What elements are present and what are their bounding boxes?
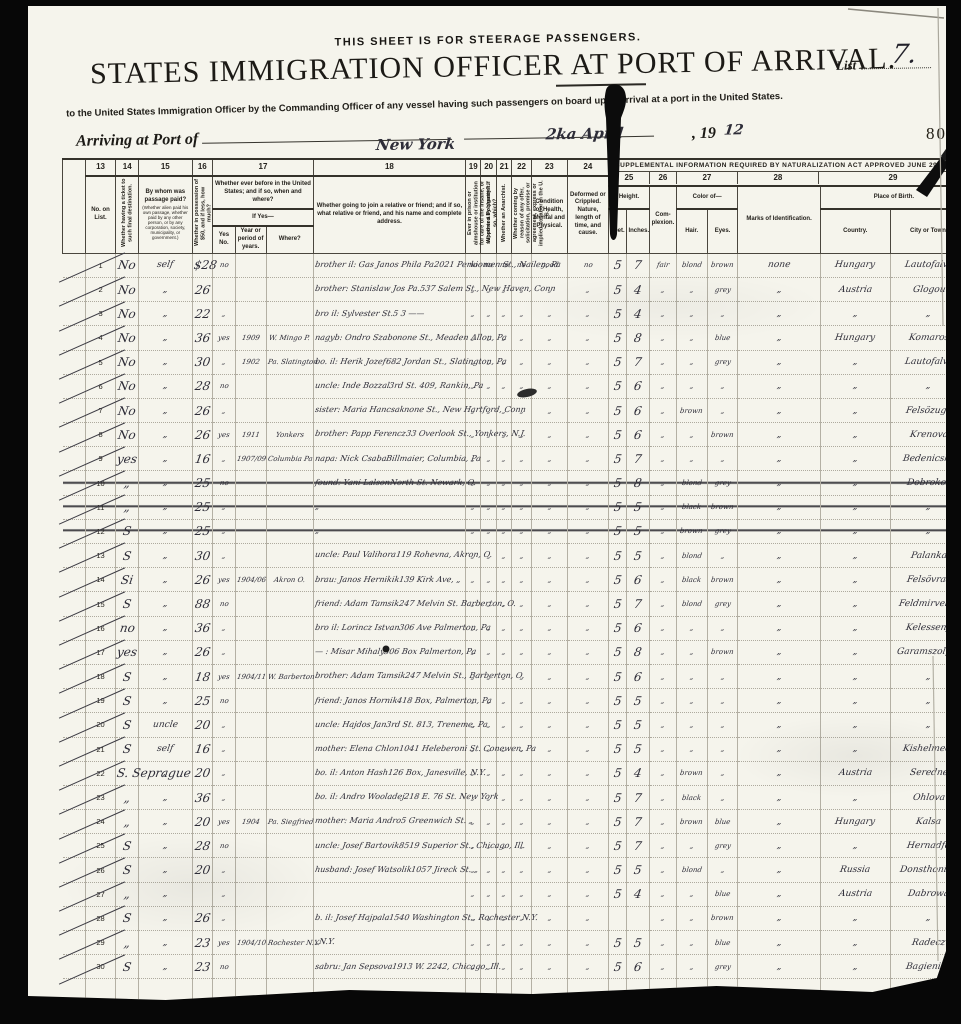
cell-anarchist: „ bbox=[496, 664, 511, 688]
cell-hair: blond bbox=[676, 544, 707, 568]
row-edge-cell bbox=[63, 979, 86, 1003]
cell-ever-us-where bbox=[266, 253, 313, 277]
cell-marks: „ bbox=[738, 423, 820, 447]
cell-height-feet: 5 bbox=[608, 568, 627, 592]
cell-health: „ bbox=[531, 761, 567, 785]
cell-contract-labor: „ bbox=[512, 955, 532, 979]
cell-polygamist: „ bbox=[481, 302, 496, 326]
cell-height-inches: 6 bbox=[627, 568, 650, 592]
cell-passage-paid: uncle bbox=[139, 713, 192, 737]
cell-polygamist: „ bbox=[481, 616, 496, 640]
cell-deformed bbox=[567, 979, 608, 1003]
cell-money: $28 bbox=[192, 253, 213, 277]
cell-marks: „ bbox=[738, 882, 820, 906]
cell-eyes: brown bbox=[707, 906, 738, 930]
cell-health: „ bbox=[531, 955, 567, 979]
cell-health: „ bbox=[531, 834, 567, 858]
cell-anarchist: „ bbox=[496, 398, 511, 422]
manifest-row: 7No„26„sister: Maria Hancsaknone St., Ne… bbox=[63, 398, 961, 422]
list-number-handwritten: 7. bbox=[889, 39, 919, 70]
manifest-row: 8No„26yes1911Yonkersbrother: Papp Ferenc… bbox=[63, 423, 961, 447]
cell-marks: „ bbox=[738, 834, 820, 858]
cell-contract-labor: „ bbox=[512, 906, 532, 930]
cell-height-feet: 5 bbox=[608, 277, 627, 301]
cell-eyes: grey bbox=[707, 471, 738, 495]
cell-ticket: „ bbox=[116, 495, 139, 519]
cell-prison: „ bbox=[466, 495, 481, 519]
cell-prison: „ bbox=[466, 616, 481, 640]
cell-passage-paid: „ bbox=[139, 834, 192, 858]
cell-height-feet: 5 bbox=[608, 664, 627, 688]
cell-passage-paid: „ bbox=[139, 689, 192, 713]
cell-ever-us-year: 1904/11 bbox=[235, 664, 266, 688]
cell-ever-us-where bbox=[266, 374, 313, 398]
manifest-row: 19S„25nofriend: Janos Hornik418 Box, Pal… bbox=[63, 689, 961, 713]
cell-birth-country: „ bbox=[820, 592, 890, 616]
cell-birth-city: Felsövrad bbox=[890, 568, 961, 592]
cell-height-inches: 4 bbox=[627, 302, 650, 326]
cell-birth-city: Bagienica bbox=[890, 955, 961, 979]
cell-ever-us-yesno: „ bbox=[213, 495, 236, 519]
row-number: 1 bbox=[85, 253, 116, 277]
cell-money: 36 bbox=[192, 785, 213, 809]
cell-ever-us-year bbox=[235, 834, 266, 858]
row-number: 22 bbox=[85, 761, 116, 785]
cell-ever-us-yesno: „ bbox=[213, 519, 236, 543]
cell-eyes: „ bbox=[707, 374, 738, 398]
cell-ticket: No bbox=[116, 253, 139, 277]
cell-relative-address: found: Yani LalsonNorth St. Newark, O. bbox=[313, 471, 465, 495]
cell-ever-us-where: W. Mingo P. bbox=[266, 326, 313, 350]
cell-ever-us-year bbox=[235, 640, 266, 664]
cell-ticket: „ bbox=[116, 785, 139, 809]
cell-marks bbox=[738, 979, 820, 1003]
cell-hair: „ bbox=[676, 689, 707, 713]
cell-prison: „ bbox=[466, 737, 481, 761]
cell-marks: „ bbox=[738, 302, 820, 326]
cell-polygamist: „ bbox=[481, 326, 496, 350]
binding-edge-column bbox=[63, 159, 86, 253]
banner-rule bbox=[556, 83, 646, 87]
cell-ever-us-year bbox=[235, 277, 266, 301]
cell-ever-us-yesno: no bbox=[213, 592, 236, 616]
cell-anarchist: „ bbox=[496, 616, 511, 640]
cell-birth-city: Ohlova bbox=[890, 785, 961, 809]
cell-passage-paid: „ bbox=[139, 350, 192, 374]
cell-passage-paid: „ bbox=[139, 810, 192, 834]
cell-ever-us-year: 1904 bbox=[235, 810, 266, 834]
cell-prison: „ bbox=[466, 447, 481, 471]
cell-money: 25 bbox=[192, 471, 213, 495]
cell-height-feet: 5 bbox=[608, 931, 627, 955]
cell-marks: „ bbox=[738, 447, 820, 471]
cell-complexion: „ bbox=[650, 785, 677, 809]
header-year: Year or period of years. bbox=[235, 226, 266, 253]
cell-height-feet: 5 bbox=[608, 737, 627, 761]
colnum-14: 14 bbox=[116, 159, 139, 176]
cell-height-feet: 5 bbox=[608, 761, 627, 785]
header-place-of-birth: Place of Birth. bbox=[820, 186, 961, 209]
cell-health: „ bbox=[531, 785, 567, 809]
cell-prison: „ bbox=[466, 761, 481, 785]
row-number: 13 bbox=[85, 544, 116, 568]
cell-eyes: grey bbox=[707, 592, 738, 616]
manifest-row: 23„„36„bo. il: Andro Wooladej218 E. 76 S… bbox=[63, 785, 961, 809]
cell-contract-labor: „ bbox=[512, 592, 532, 616]
cell-ever-us-yesno: „ bbox=[213, 737, 236, 761]
row-number: 16 bbox=[85, 616, 116, 640]
cell-polygamist: „ bbox=[481, 664, 496, 688]
cell-relative-address: brother il: Gas Janos Phila Pa2021 Perki… bbox=[313, 253, 465, 277]
cell-polygamist: no bbox=[481, 253, 496, 277]
cell-height-feet: 5 bbox=[608, 519, 627, 543]
cell-health: „ bbox=[531, 326, 567, 350]
cell-anarchist: „ bbox=[496, 592, 511, 616]
manifest-row: 6No„28nouncle: Inde Bozzal3rd St. 409, R… bbox=[63, 374, 961, 398]
manifest-row: 5No„30„1902Pa. Slatingtonbo. il: Herik J… bbox=[63, 350, 961, 374]
cell-hair: „ bbox=[676, 326, 707, 350]
cell-birth-country: „ bbox=[820, 955, 890, 979]
cell-prison: „ bbox=[466, 882, 481, 906]
cell-marks: „ bbox=[738, 519, 820, 543]
cell-height-inches: 7 bbox=[627, 785, 650, 809]
cell-eyes: „ bbox=[707, 302, 738, 326]
cell-anarchist: „ bbox=[496, 858, 511, 882]
cell-height-inches: 5 bbox=[627, 495, 650, 519]
cell-complexion: „ bbox=[650, 640, 677, 664]
cell-complexion: „ bbox=[650, 374, 677, 398]
cell-eyes: „ bbox=[707, 785, 738, 809]
cell-anarchist: „ bbox=[496, 906, 511, 930]
cell-relative-address: uncle: Hajdos Jan3rd St. 813, Treneme, P… bbox=[313, 713, 465, 737]
manifest-row: 25S„28nouncle: Josef Bartovik8519 Superi… bbox=[63, 834, 961, 858]
cell-height-feet: 5 bbox=[608, 423, 627, 447]
cell-ever-us-yesno: „ bbox=[213, 447, 236, 471]
colnum-13: 13 bbox=[85, 159, 116, 176]
cell-ever-us-yesno: yes bbox=[213, 568, 236, 592]
colnum-28: 28 bbox=[738, 172, 819, 183]
cell-contract-labor: „ bbox=[512, 931, 532, 955]
colnum-17: 17 bbox=[213, 159, 314, 176]
header-anarchist: Whether an Anarchist. bbox=[496, 176, 511, 253]
manifest-row: 11„„25„„„„„„„„55„blackbrown„„„ bbox=[63, 495, 961, 519]
cell-hair: „ bbox=[676, 447, 707, 471]
cell-anarchist bbox=[496, 979, 511, 1003]
header-deformed: Deformed or Crippled. Nature, length of … bbox=[567, 176, 608, 253]
cell-height-inches: 8 bbox=[627, 326, 650, 350]
cell-birth-country: „ bbox=[820, 616, 890, 640]
cell-birth-city: „ bbox=[890, 713, 961, 737]
cell-marks: „ bbox=[738, 350, 820, 374]
row-number: 10 bbox=[85, 471, 116, 495]
cell-deformed: „ bbox=[567, 955, 608, 979]
header-country: Country. bbox=[820, 209, 890, 253]
cell-ticket: No bbox=[116, 398, 139, 422]
cell-complexion: „ bbox=[650, 664, 677, 688]
cell-deformed: „ bbox=[567, 882, 608, 906]
cell-hair: blond bbox=[676, 858, 707, 882]
cell-birth-city bbox=[890, 979, 961, 1003]
cell-contract-labor: „ bbox=[512, 810, 532, 834]
cell-money: 26 bbox=[192, 640, 213, 664]
cell-money: 26 bbox=[192, 906, 213, 930]
cell-polygamist: „ bbox=[481, 471, 496, 495]
cell-eyes: blue bbox=[707, 810, 738, 834]
cell-eyes: blue bbox=[707, 326, 738, 350]
cell-eyes: „ bbox=[707, 737, 738, 761]
cell-anarchist: „ bbox=[496, 713, 511, 737]
sheet-page-number: 80 bbox=[926, 124, 947, 144]
cell-height-feet: 5 bbox=[608, 398, 627, 422]
cell-eyes: „ bbox=[707, 544, 738, 568]
cell-health: „ bbox=[531, 882, 567, 906]
cell-ever-us-yesno: „ bbox=[213, 761, 236, 785]
cell-ever-us-year bbox=[235, 616, 266, 640]
header-join-relative: Whether going to join a relative or frie… bbox=[313, 176, 465, 253]
cell-deformed: „ bbox=[567, 858, 608, 882]
cell-contract-labor: „ bbox=[512, 447, 532, 471]
cell-anarchist: „ bbox=[496, 810, 511, 834]
cell-hair: brown bbox=[676, 398, 707, 422]
cell-birth-country: „ bbox=[820, 906, 890, 930]
cell-birth-country: Russia bbox=[820, 858, 890, 882]
manifest-row: 28S„26„b. il: Josef Hajpala1540 Washingt… bbox=[63, 906, 961, 930]
cell-ever-us-year bbox=[235, 592, 266, 616]
cell-hair: brown bbox=[676, 761, 707, 785]
cell-birth-country: „ bbox=[820, 689, 890, 713]
cell-relative-address: bro il: Lorincz Istvan306 Ave Palmerton,… bbox=[313, 616, 465, 640]
row-number: 2 bbox=[85, 277, 116, 301]
cell-anarchist: „ bbox=[496, 568, 511, 592]
cell-deformed: „ bbox=[567, 664, 608, 688]
cell-money: 36 bbox=[192, 326, 213, 350]
cell-money: 16 bbox=[192, 447, 213, 471]
cell-anarchist: „ bbox=[496, 737, 511, 761]
cell-prison: „ bbox=[466, 544, 481, 568]
cell-deformed: „ bbox=[567, 616, 608, 640]
cell-anarchist: „ bbox=[496, 374, 511, 398]
cell-height-feet: 5 bbox=[608, 471, 627, 495]
cell-complexion: „ bbox=[650, 713, 677, 737]
cell-passage-paid: self bbox=[139, 737, 192, 761]
cell-height-inches: 6 bbox=[627, 664, 650, 688]
colnum-22: 22 bbox=[512, 159, 532, 176]
cell-relative-address: nagyb: Ondro Szabonone St., Meaden Allon… bbox=[313, 326, 465, 350]
cell-marks: „ bbox=[738, 544, 820, 568]
cell-birth-city: „ bbox=[890, 664, 961, 688]
colnum-20: 20 bbox=[481, 159, 496, 176]
manifest-row: 26S„20„husband: Josef Watsolik1057 Jirec… bbox=[63, 858, 961, 882]
cell-relative-address: bo. il: Anton Hash126 Box, Janesville, N… bbox=[313, 761, 465, 785]
cell-passage-paid: „ bbox=[139, 568, 192, 592]
row-edge-cell bbox=[63, 471, 86, 495]
row-edge-cell bbox=[63, 834, 86, 858]
cell-birth-country: „ bbox=[820, 423, 890, 447]
cell-prison: „ bbox=[466, 664, 481, 688]
manifest-row: 22S. Seprague„20„bo. il: Anton Hash126 B… bbox=[63, 761, 961, 785]
cell-health: „ bbox=[531, 374, 567, 398]
cell-contract-labor bbox=[512, 979, 532, 1003]
cell-ever-us-year bbox=[235, 713, 266, 737]
cell-marks: „ bbox=[738, 398, 820, 422]
cell-passage-paid: „ bbox=[139, 640, 192, 664]
cell-ever-us-where bbox=[266, 906, 313, 930]
cell-polygamist: „ bbox=[481, 592, 496, 616]
cell-prison: „ bbox=[466, 277, 481, 301]
cell-polygamist: „ bbox=[481, 495, 496, 519]
cell-prison: „ bbox=[466, 713, 481, 737]
manifest-row: 24„„20yes1904Pa. Siegfriedmother: Maria … bbox=[63, 810, 961, 834]
cell-anarchist: „ bbox=[496, 640, 511, 664]
cell-height-inches: 5 bbox=[627, 737, 650, 761]
cell-height-inches bbox=[627, 906, 650, 930]
cell-birth-city: Lautofalva bbox=[890, 350, 961, 374]
date-handwritten: 2ka April bbox=[545, 124, 624, 143]
cell-ever-us-year bbox=[235, 519, 266, 543]
cell-height-inches: 7 bbox=[627, 592, 650, 616]
header-complexion: Com- plexion. bbox=[650, 186, 677, 253]
cell-polygamist: „ bbox=[481, 277, 496, 301]
row-edge-cell bbox=[63, 302, 86, 326]
cell-deformed: „ bbox=[567, 447, 608, 471]
form-subtitle: to the United States Immigration Officer… bbox=[66, 87, 926, 119]
cell-birth-city: Dobrokoz bbox=[890, 471, 961, 495]
cell-eyes: „ bbox=[707, 858, 738, 882]
cell-health: „ bbox=[531, 447, 567, 471]
cell-height-inches: 7 bbox=[627, 253, 650, 277]
cell-marks: „ bbox=[738, 640, 820, 664]
cell-money: 36 bbox=[192, 616, 213, 640]
cell-marks: „ bbox=[738, 616, 820, 640]
cell-birth-country: „ bbox=[820, 495, 890, 519]
header-passage-fineprint: (Whether alien paid his own passage, whe… bbox=[140, 206, 190, 241]
cell-ever-us-yesno: no bbox=[213, 374, 236, 398]
cell-ever-us-year: 1907/09 bbox=[235, 447, 266, 471]
cell-birth-country: Hungary bbox=[820, 810, 890, 834]
cell-complexion: „ bbox=[650, 955, 677, 979]
cell-complexion: „ bbox=[650, 495, 677, 519]
cell-passage-paid: „ bbox=[139, 955, 192, 979]
cell-health: „ bbox=[531, 471, 567, 495]
cell-relative-address: brother: Papp Ferencz33 Overlook St., Yo… bbox=[313, 423, 465, 447]
cell-ever-us-year bbox=[235, 689, 266, 713]
cell-height-feet: 5 bbox=[608, 955, 627, 979]
cell-deformed: „ bbox=[567, 544, 608, 568]
cell-marks: „ bbox=[738, 592, 820, 616]
cell-ticket: S bbox=[116, 713, 139, 737]
arriving-label: Arriving at Port of bbox=[76, 131, 198, 150]
row-number: 29 bbox=[85, 931, 116, 955]
cell-hair: black bbox=[676, 568, 707, 592]
cell-anarchist: „ bbox=[496, 689, 511, 713]
cell-health: „ bbox=[531, 277, 567, 301]
header-eyes: Eyes. bbox=[707, 209, 738, 253]
cell-birth-city: „ bbox=[890, 495, 961, 519]
cell-ever-us-where bbox=[266, 713, 313, 737]
manifest-row: 18S„18yes1904/11W. Barbertonbrother: Ada… bbox=[63, 664, 961, 688]
manifest-row: 3No„22„bro il: Sylvester St.5 3 ——„„„„„„… bbox=[63, 302, 961, 326]
cell-eyes: „ bbox=[707, 689, 738, 713]
cell-eyes: brown bbox=[707, 423, 738, 447]
cell-deformed: „ bbox=[567, 737, 608, 761]
cell-ever-us-where bbox=[266, 834, 313, 858]
cell-hair bbox=[676, 979, 707, 1003]
row-number: 3 bbox=[85, 302, 116, 326]
cell-deformed: „ bbox=[567, 640, 608, 664]
cell-anarchist: „ bbox=[496, 785, 511, 809]
manifest-sheet: THIS SHEET IS FOR STEERAGE PASSENGERS. S… bbox=[28, 6, 946, 1006]
header-passage-paid: By whom was passage paid? (Whether alien… bbox=[139, 176, 192, 253]
cell-birth-city: Feldmirvelek bbox=[890, 592, 961, 616]
cell-passage-paid: „ bbox=[139, 302, 192, 326]
cell-marks: „ bbox=[738, 495, 820, 519]
cell-ever-us-year: 1904/10 bbox=[235, 931, 266, 955]
cell-marks: „ bbox=[738, 761, 820, 785]
cell-hair: „ bbox=[676, 374, 707, 398]
cell-marks: none bbox=[738, 253, 820, 277]
cell-contract-labor: „ bbox=[512, 664, 532, 688]
cell-anarchist: „ bbox=[496, 544, 511, 568]
cell-money: 26 bbox=[192, 568, 213, 592]
cell-ever-us-where bbox=[266, 737, 313, 761]
cell-contract-labor: „ bbox=[512, 737, 532, 761]
cell-birth-country: „ bbox=[820, 350, 890, 374]
cell-contract-labor: „ bbox=[512, 568, 532, 592]
manifest-row: 1Noself$28nobrother il: Gas Janos Phila … bbox=[63, 253, 961, 277]
cell-money: 20 bbox=[192, 810, 213, 834]
cell-polygamist: „ bbox=[481, 689, 496, 713]
colnum-26: 26 bbox=[650, 172, 677, 183]
cell-ever-us-where bbox=[266, 302, 313, 326]
cell-contract-labor: „ bbox=[512, 858, 532, 882]
manifest-row: 13S„30„uncle: Paul Valihora119 Rohevna, … bbox=[63, 544, 961, 568]
cell-ever-us-where: Columbia Pa bbox=[266, 447, 313, 471]
cell-anarchist: „ bbox=[496, 519, 511, 543]
cell-ticket: No bbox=[116, 302, 139, 326]
cell-anarchist: „ bbox=[496, 350, 511, 374]
cell-complexion: „ bbox=[650, 350, 677, 374]
manifest-table: 13 14 15 16 17 18 19 20 21 22 23 24 SUPP… bbox=[62, 158, 961, 1004]
cell-birth-city: Kishelmecz bbox=[890, 737, 961, 761]
cell-complexion: fair bbox=[650, 253, 677, 277]
cell-marks: „ bbox=[738, 785, 820, 809]
cell-ever-us-year: 1902 bbox=[235, 350, 266, 374]
cell-prison: „ bbox=[466, 326, 481, 350]
header-prison: Ever in prison or almshouse or instituti… bbox=[466, 176, 481, 253]
cell-birth-city: „ bbox=[890, 906, 961, 930]
cell-contract-labor: „ bbox=[512, 471, 532, 495]
cell-ticket: S bbox=[116, 737, 139, 761]
row-number: 14 bbox=[85, 568, 116, 592]
cell-money: 26 bbox=[192, 423, 213, 447]
cell-relative-address: uncle: Paul Valihora119 Rohevna, Akron, … bbox=[313, 544, 465, 568]
row-number: 4 bbox=[85, 326, 116, 350]
cell-ticket: No bbox=[116, 350, 139, 374]
cell-height-feet: 5 bbox=[608, 713, 627, 737]
cell-relative-address: „ bbox=[313, 519, 465, 543]
cell-contract-labor: „ bbox=[512, 495, 532, 519]
cell-birth-country: Austria bbox=[820, 761, 890, 785]
manifest-row: 30S„23nosabru: Jan Sepsova1913 W. 2242, … bbox=[63, 955, 961, 979]
cell-passage-paid: „ bbox=[139, 592, 192, 616]
cell-polygamist: „ bbox=[481, 834, 496, 858]
cell-health: „ bbox=[531, 931, 567, 955]
cell-ever-us-year: 1909 bbox=[235, 326, 266, 350]
cell-ticket: yes bbox=[116, 447, 139, 471]
cell-money: 23 bbox=[192, 931, 213, 955]
cell-ever-us-where bbox=[266, 544, 313, 568]
cell-birth-country: „ bbox=[820, 447, 890, 471]
